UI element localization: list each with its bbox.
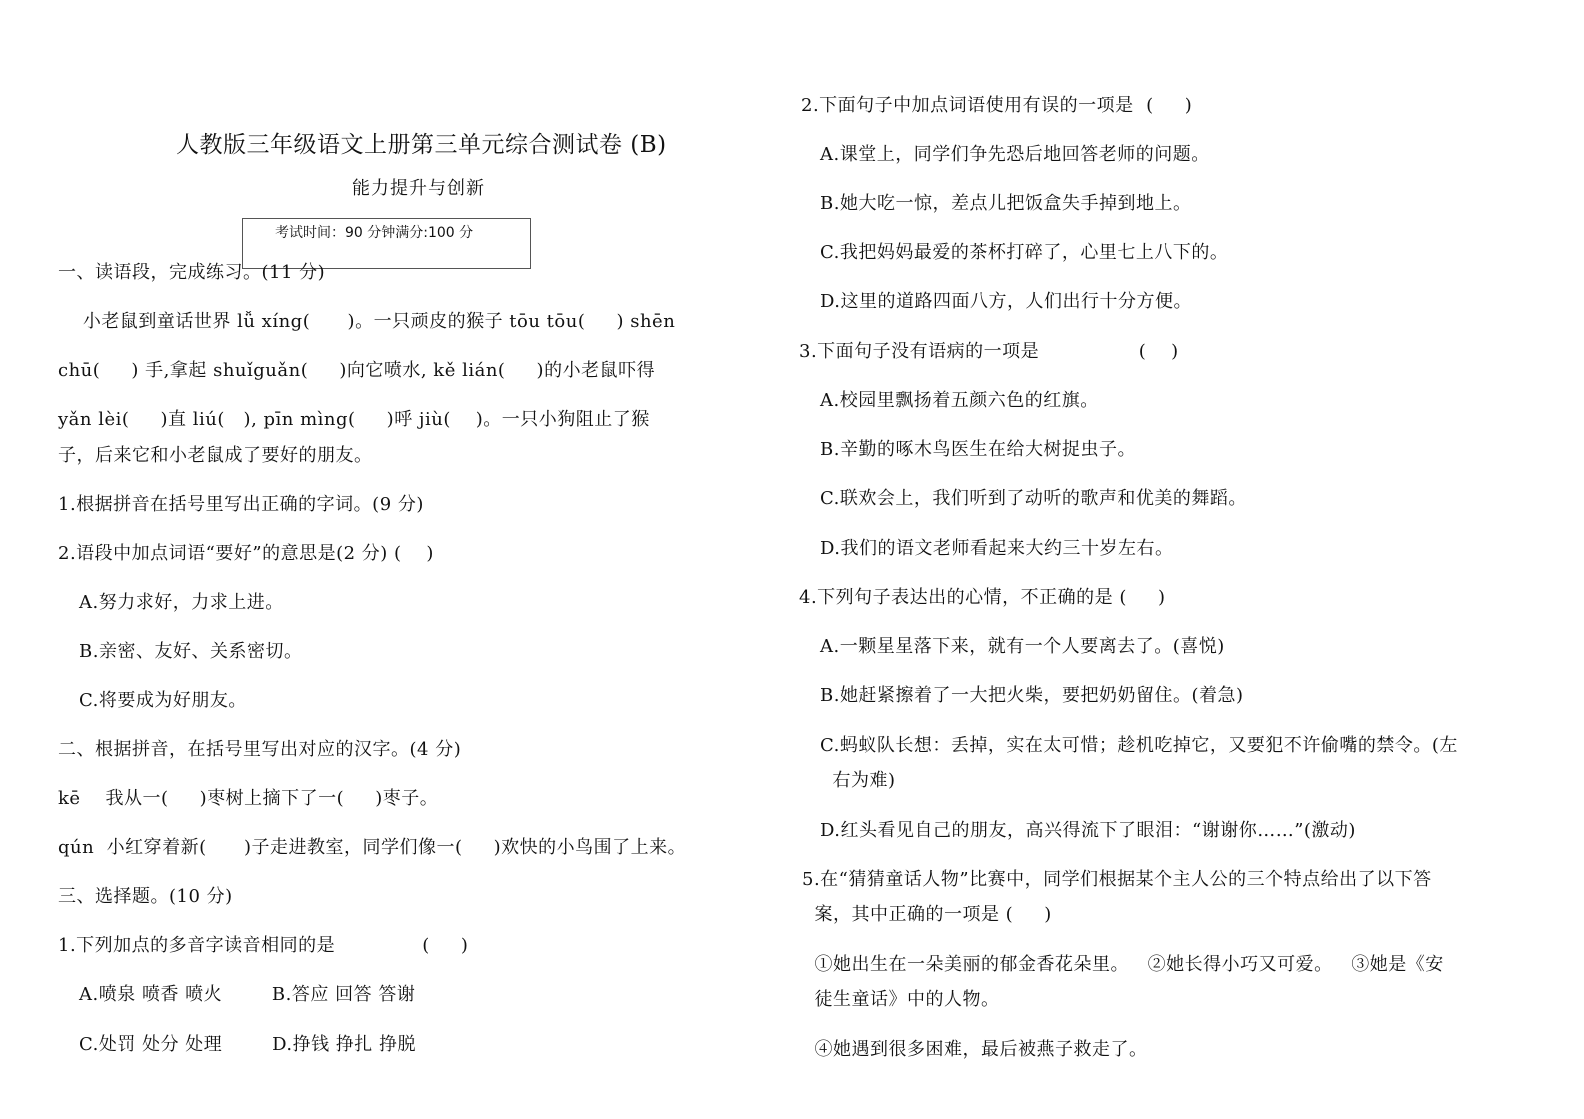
option-d: D.这里的道路四面八方，人们出行十分方便。 bbox=[820, 291, 1192, 313]
question-1-2-stem: 2.语段中加点词语“要好”的意思是(2 分) ( ) bbox=[58, 543, 434, 565]
question-1-1: 1.根据拼音在括号里写出正确的字词。(9 分) bbox=[58, 494, 424, 516]
option-c: C.联欢会上，我们听到了动听的歌声和优美的舞蹈。 bbox=[820, 488, 1247, 510]
option-a: A.课堂上，同学们争先恐后地回答老师的问题。 bbox=[820, 144, 1210, 166]
exam-page: 人教版三年级语文上册第三单元综合测试卷 (B) 能力提升与创新 考试时间：90 … bbox=[0, 0, 1584, 1119]
option-c-continued: 右为难) bbox=[820, 770, 895, 792]
option-c: C.蚂蚁队长想：丢掉，实在太可惜；趁机吃掉它，又要犯不许偷嘴的禁令。(左 bbox=[820, 735, 1458, 757]
clue-line: 徒生童话》中的人物。 bbox=[802, 989, 999, 1011]
option-c: C.将要成为好朋友。 bbox=[79, 690, 247, 712]
passage-line: 小老鼠到童话世界 lǚ xíng( )。一只顽皮的猴子 tōu tōu( ) s… bbox=[58, 311, 675, 333]
option-a: A.努力求好，力求上进。 bbox=[79, 592, 284, 614]
question-3-5-stem: 5.在“猜猜童话人物”比赛中，同学们根据某个主人公的三个特点给出了以下答 bbox=[802, 869, 1432, 891]
passage-line: chū( ) 手,拿起 shuǐguǎn( )向它喷水, kě lián( )的… bbox=[58, 360, 655, 382]
option-a: A.校园里飘扬着五颜六色的红旗。 bbox=[820, 390, 1099, 412]
question-3-4-stem: 4.下列句子表达出的心情，不正确的是 ( ) bbox=[799, 587, 1166, 609]
section-3-heading: 三、选择题。(10 分) bbox=[58, 886, 233, 908]
options-row-2: C.处罚 处分 处理 D.挣钱 挣扎 挣脱 bbox=[79, 1034, 416, 1056]
exam-info-text: 考试时间：90 分钟满分:100 分 bbox=[275, 224, 473, 242]
section-2-heading: 二、根据拼音，在括号里写出对应的汉字。(4 分) bbox=[58, 739, 461, 761]
page-subtitle: 能力提升与创新 bbox=[352, 178, 485, 200]
option-b: B.她大吃一惊，差点儿把饭盒失手掉到地上。 bbox=[820, 193, 1191, 215]
option-c: C.我把妈妈最爱的茶杯打碎了，心里七上八下的。 bbox=[820, 242, 1228, 264]
question-3-1-stem: 1.下列加点的多音字读音相同的是 ( ) bbox=[58, 935, 468, 957]
passage-line: 子，后来它和小老鼠成了要好的朋友。 bbox=[58, 445, 373, 467]
options-row-1: A.喷泉 喷香 喷火 B.答应 回答 答谢 bbox=[79, 984, 415, 1006]
question-3-2-stem: 2.下面句子中加点词语使用有误的一项是 ( ) bbox=[801, 95, 1192, 117]
clue-line: ④她遇到很多困难，最后被燕子救走了。 bbox=[802, 1039, 1147, 1061]
option-a: A.一颗星星落下来，就有一个人要离去了。(喜悦) bbox=[820, 636, 1225, 658]
question-3-3-stem: 3.下面句子没有语病的一项是 ( ) bbox=[799, 341, 1179, 363]
pinyin-line-ke: kē 我从一( )枣树上摘下了一( )枣子。 bbox=[58, 788, 438, 810]
option-b: B.亲密、友好、关系密切。 bbox=[79, 641, 302, 663]
clue-line: ①她出生在一朵美丽的郁金香花朵里。 ②她长得小巧又可爱。 ③她是《安 bbox=[802, 954, 1444, 976]
passage-line: yǎn lèi( )直 liú( ), pīn mìng( )呼 jiù( )。… bbox=[58, 409, 650, 431]
question-3-5-stem-continued: 案，其中正确的一项是 ( ) bbox=[802, 904, 1052, 926]
option-b: B.辛勤的啄木鸟医生在给大树捉虫子。 bbox=[820, 439, 1136, 461]
option-d: D.红头看见自己的朋友，高兴得流下了眼泪：“谢谢你……”(激动) bbox=[820, 820, 1356, 842]
page-title: 人教版三年级语文上册第三单元综合测试卷 (B) bbox=[176, 130, 667, 160]
section-1-heading: 一、读语段，完成练习。(11 分) bbox=[58, 262, 325, 284]
pinyin-line-qun: qún 小红穿着新( )子走进教室，同学们像一( )欢快的小鸟围了上来。 bbox=[58, 837, 686, 859]
option-d: D.我们的语文老师看起来大约三十岁左右。 bbox=[820, 538, 1174, 560]
option-b: B.她赶紧擦着了一大把火柴，要把奶奶留住。(着急) bbox=[820, 685, 1244, 707]
